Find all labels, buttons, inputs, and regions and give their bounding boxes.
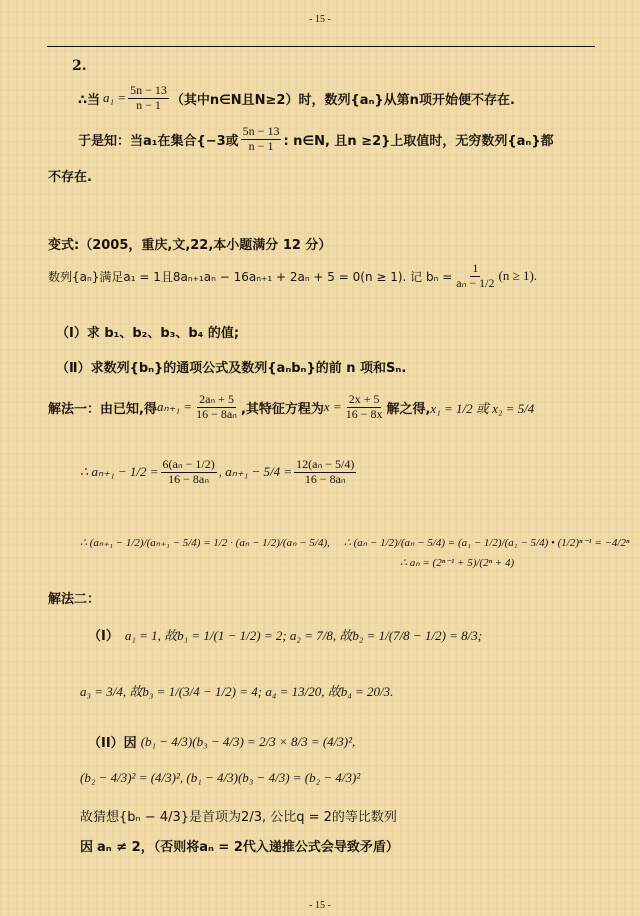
page-number-bottom: - 15 - [0, 900, 640, 911]
fraction: 12(aₙ − 5/4) 16 − 8aₙ [294, 458, 356, 487]
solution2-guess: 故猜想{bₙ − 4/3}是首项为2/3, 公比q = 2的等比数列 [80, 806, 397, 825]
solution1-line1: 解法一： 由已知,得 aₙ₊₁ = 2aₙ + 5 16 − 8aₙ ,其特征方… [48, 393, 534, 422]
section1-line2: 于是知：当a₁在集合{−3或 5n − 13 n − 1 : n∈N, 且n ≥… [78, 125, 554, 154]
question-1: （Ⅰ）求 b₁、b₂、b₃、b₄ 的值; [56, 322, 239, 341]
solution2-part1-line2: a₃ = 3/4, 故b₃ = 1/(3/4 − 1/2) = 4; a₄ = … [80, 681, 393, 700]
section1-line1: ∴当 a₁ = 5n − 13 n − 1 （其中n∈N且N≥2）时，数列{aₙ… [78, 84, 515, 113]
condition-text: （其中n∈N且N≥2）时，数列{aₙ}从第n项开始便不存在. [171, 89, 515, 108]
fraction: 6(aₙ − 1/2) 16 − 8aₙ [161, 458, 217, 487]
solution1-line2: ∴ aₙ₊₁ − 1/2 = 6(aₙ − 1/2) 16 − 8aₙ , aₙ… [80, 458, 358, 487]
question-2: （Ⅱ）求数列{bₙ}的通项公式及数列{aₙbₙ}的前 n 项和Sₙ. [56, 357, 406, 376]
solution1-line3: ∴ (aₙ₊₁ − 1/2)/(aₙ₊₁ − 5/4) = 1/2 · (aₙ … [80, 536, 629, 549]
section1-line3: 不存在. [48, 166, 92, 185]
solution2-part2-line1: （II）因 (b₁ − 4/3)(b₃ − 4/3) = 2/3 × 8/3 =… [88, 732, 355, 751]
a1-lhs: a₁ = [103, 90, 126, 106]
fraction: 2x + 5 16 − 8x [344, 393, 385, 422]
solution1-heading: 解法一： [48, 398, 100, 417]
solution2-because: 因 aₙ ≠ 2，（否则将aₙ = 2代入递推公式会导致矛盾） [80, 836, 399, 855]
item-number: 2. [72, 58, 87, 74]
fraction: 1 aₙ − 1/2 [454, 262, 496, 291]
solution2-heading: 解法二： [48, 588, 100, 607]
therefore-when: ∴当 [78, 89, 100, 108]
solution2-part1-line1: （I） a₁ = 1, 故b₁ = 1/(1 − 1/2) = 2; a₂ = … [88, 625, 482, 644]
fraction: 5n − 13 n − 1 [128, 84, 169, 113]
variant-heading: 变式:（2005，重庆,文,22,本小题满分 12 分） [48, 234, 331, 253]
header-rule [47, 46, 595, 47]
page-number-top: - 15 - [0, 14, 640, 25]
fraction: 2aₙ + 5 16 − 8aₙ [194, 393, 239, 422]
fraction: 5n − 13 n − 1 [241, 125, 282, 154]
variant-statement: 数列{aₙ}满足a₁ = 1且8aₙ₊₁aₙ − 16aₙ₊₁ + 2aₙ + … [48, 262, 537, 291]
solution2-part2-line2: (b₂ − 4/3)² = (4/3)², (b₁ − 4/3)(b₃ − 4/… [80, 770, 360, 786]
solution1-result: ∴ aₙ = (2ⁿ⁻¹ + 5)/(2ⁿ + 4) [400, 556, 514, 569]
